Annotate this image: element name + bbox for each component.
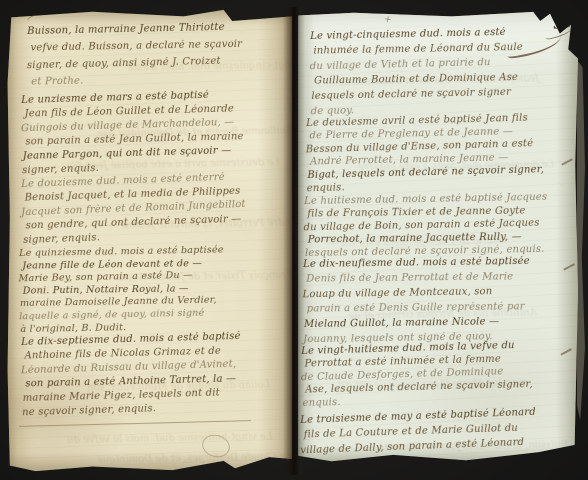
register-entry: Le troisiesme de may a esté baptisé Léon… <box>300 405 537 458</box>
pen-rest-mark <box>560 348 571 355</box>
register-entry: Le unziesme de mars a esté baptisé Jean … <box>21 88 242 178</box>
cross-mark: + <box>383 15 392 26</box>
register-entry: Buisson, la marraine Jeanne Thiriotte ve… <box>27 19 240 91</box>
register-entry: Le vingt-huitiesme dud. mois la vefve du… <box>301 339 530 410</box>
register-entry: Le huitiesme dud. mois a esté baptisé Ja… <box>304 191 548 260</box>
ghost-text: de Claude Desforges, et de Dominique <box>97 451 292 465</box>
faded-rule <box>19 420 251 427</box>
register-entry: Le dix-septiesme dud. mois a esté baptis… <box>21 330 243 420</box>
register-line: et Prothe. <box>31 70 243 91</box>
left-page: Le vingt-cinquiesme dud. mois a esté Gui… <box>7 9 292 472</box>
register-entry: Le douziesme dud. mois a esté enterré Be… <box>21 170 248 248</box>
register-entry: Le dix-neufiesme dud. mois a esté baptis… <box>303 254 531 347</box>
register-entry: Le quinziesme dud. mois a esté baptisée … <box>19 244 225 336</box>
manuscript-scan: Le vingt-cinquiesme dud. mois a esté Gui… <box>0 0 588 480</box>
right-page: + 39 Jean fils de Léon Guillet et de Léo… <box>298 11 578 463</box>
register-entry: Le deuxiesme avril a esté baptisé Jean f… <box>306 111 544 195</box>
register-entry: Le vingt-cinquiesme dud. mois a esté inh… <box>310 25 521 119</box>
ghost-text: Le vingt-huitiesme dud. mois la vefve du <box>67 431 273 446</box>
pen-rest-mark <box>563 263 574 270</box>
page-edge-sliver <box>577 60 585 420</box>
ink-circle-flourish <box>200 432 233 460</box>
pen-rest-mark <box>561 158 572 165</box>
